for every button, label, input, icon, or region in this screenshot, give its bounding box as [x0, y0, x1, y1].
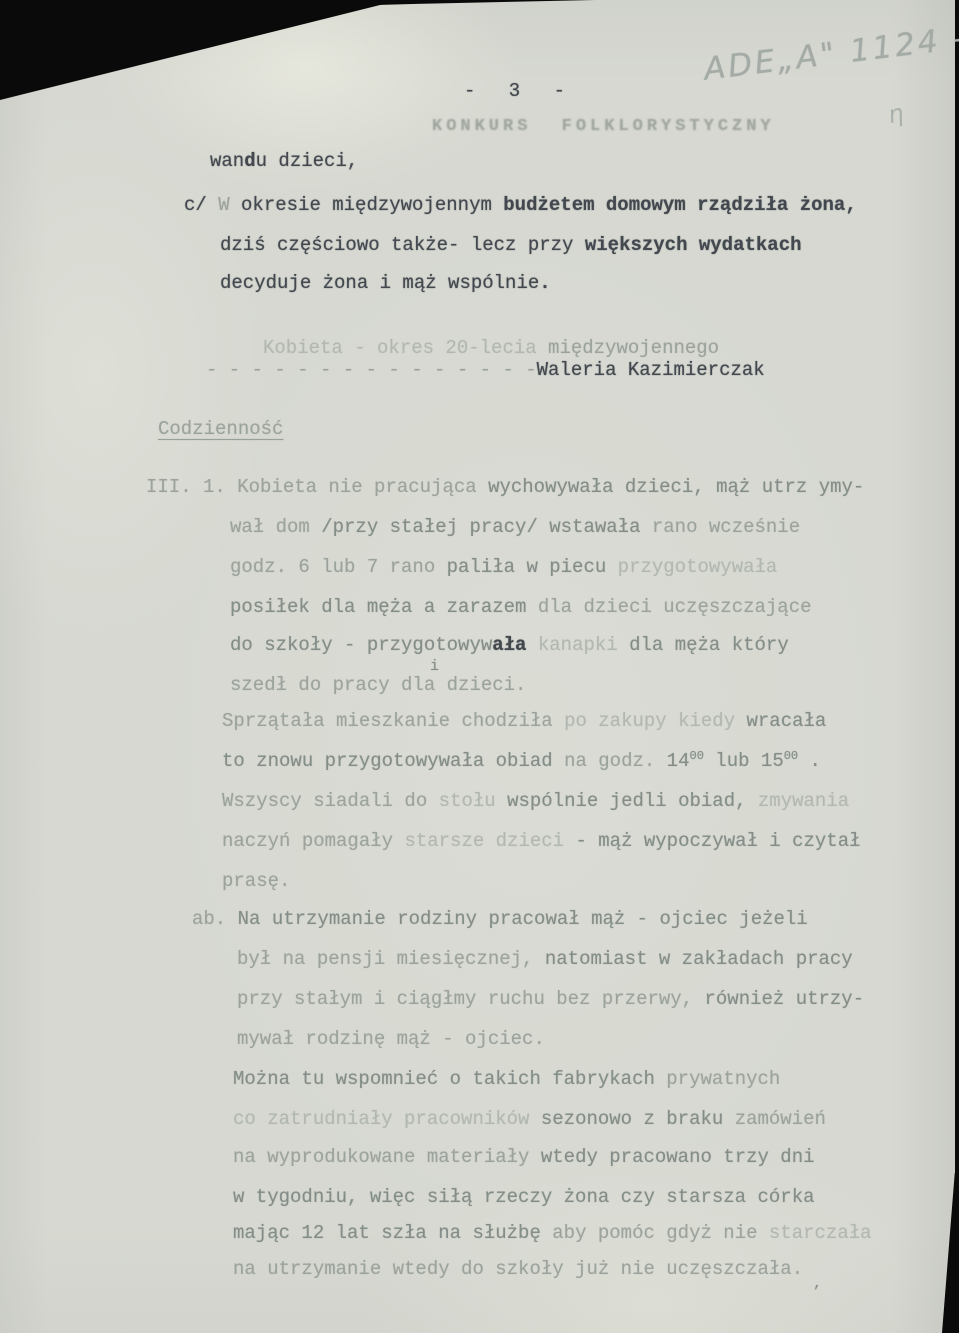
text-segment: ab.	[192, 908, 238, 930]
text-line: mając 12 lat szła na służbę aby pomóc gd…	[233, 1222, 872, 1244]
text-line: był na pensji miesięcznej, natomiast w z…	[237, 948, 853, 970]
text-segment: w tygodniu, więc siłą rzeczy żona czy st…	[233, 1186, 815, 1208]
text-segment: wan	[210, 150, 244, 172]
text-line: Codzienność	[158, 418, 283, 440]
text-segment: był na pensji miesięcznej,	[237, 948, 545, 970]
text-segment: co zatrudniały pracowników	[233, 1108, 541, 1130]
text-segment: dziś częściowo także- lecz przy	[220, 234, 585, 256]
text-segment: zmywania	[758, 790, 849, 812]
text-line: mywał rodzinę mąż - ojciec.	[237, 1028, 545, 1050]
text-line: decyduje żona i mąż wspólnie.	[220, 272, 551, 294]
text-segment: Można tu wspomnieć o takich fabrykach	[233, 1068, 666, 1090]
text-segment: wspólnie jedli obiad,	[507, 790, 758, 812]
scan-right-edge-artifact	[955, 0, 959, 1333]
text-line: szedł do pracy dla dzieci.	[230, 674, 526, 696]
text-line: ab. Na utrzymanie rodziny pracował mąż -…	[192, 908, 808, 930]
text-segment: W	[218, 194, 241, 216]
text-segment: godz. 6 lub 7 rano	[230, 556, 447, 578]
text-segment: budżetem domowym rządziła żona,	[503, 194, 856, 216]
text-segment: ała	[492, 634, 526, 656]
text-segment: sezonowo z braku	[541, 1108, 735, 1130]
document-page: - 3 - ADE„A" 1124 — η KONKURS FOLKLORYST…	[0, 0, 959, 1333]
text-segment: i	[430, 658, 439, 675]
text-segment: c/	[184, 194, 218, 216]
text-segment: starsze dzieci	[404, 830, 575, 852]
text-segment: międzywojennego	[548, 337, 719, 359]
text-segment: wychowywała dzieci, mąż utrz ymy-	[488, 476, 864, 498]
text-segment: dla męża który	[618, 634, 789, 656]
text-line: c/ W okresie międzywojennym budżetem dom…	[184, 194, 857, 216]
text-line: - - - - - - - - - - - - - - -Waleria Kaz…	[206, 359, 765, 381]
text-segment: kanapki	[526, 634, 617, 656]
text-line: do szkoły - przygotowywała kanapki dla m…	[230, 634, 789, 656]
text-segment: d	[244, 150, 255, 172]
text-segment: szedł do pracy dla dzieci.	[230, 674, 526, 696]
text-segment: prywatnych	[666, 1068, 780, 1090]
text-segment: wał dom	[230, 516, 321, 538]
text-segment: - mąż wypoczywał i czytał	[575, 830, 860, 852]
handwritten-annotation-sub-mark: η	[885, 99, 906, 130]
text-segment: Sprzątała mieszkanie chodziła	[222, 710, 564, 732]
text-line: na utrzymanie wtedy do szkoły już nie uc…	[233, 1258, 803, 1280]
text-segment: wracała	[747, 710, 827, 732]
text-segment: mając 12 lat szła na służbę	[233, 1222, 552, 1244]
text-segment: rano wcześnie	[652, 516, 800, 538]
text-segment: /przy stałej pracy/ wstawała	[321, 516, 652, 538]
text-line: wał dom /przy stałej pracy/ wstawała ran…	[230, 516, 800, 538]
text-segment: ’	[812, 1284, 821, 1301]
text-line: naczyń pomagały starsze dzieci - mąż wyp…	[222, 830, 861, 852]
text-segment: do szkoły - przygotowyw	[230, 634, 492, 656]
text-segment: prasę.	[222, 870, 290, 892]
scan-bottom-right-artifact	[942, 1173, 959, 1333]
text-segment: .	[539, 272, 550, 294]
text-line: na wyprodukowane materiały wtedy pracowa…	[233, 1146, 815, 1168]
text-segment: paliła w piecu	[447, 556, 618, 578]
text-segment: aby pomóc gdyż nie	[552, 1222, 769, 1244]
text-segment: starczała	[769, 1222, 872, 1244]
text-segment: przy stałym i ciągłmy ruchu bez przerwy,	[237, 988, 704, 1010]
text-segment: naczyń pomagały	[222, 830, 404, 852]
text-segment: to znowu przygotowywała obiad	[222, 750, 564, 772]
text-segment: po zakupy kiedy	[564, 710, 746, 732]
text-line: w tygodniu, więc siłą rzeczy żona czy st…	[233, 1186, 815, 1208]
handwritten-annotation: ADE„A" 1124 —	[702, 17, 959, 87]
text-segment: na wyprodukowane materiały	[233, 1146, 541, 1168]
text-line: godz. 6 lub 7 rano paliła w piecu przygo…	[230, 556, 777, 578]
text-segment: 00	[690, 749, 704, 763]
text-line: przy stałym i ciągłmy ruchu bez przerwy,…	[237, 988, 864, 1010]
text-segment: 14	[655, 750, 689, 772]
text-segment: przygotowywała	[618, 556, 778, 578]
page-number: - 3 -	[464, 80, 576, 102]
text-segment: lub 15	[704, 750, 784, 772]
text-segment: zamówień	[735, 1108, 826, 1130]
text-line: Kobieta - okres 20-lecia międzywojennego	[263, 337, 719, 359]
text-segment: - - - - - - - - - - - - - - -	[206, 359, 537, 381]
text-segment: stołu	[439, 790, 507, 812]
text-line: wandu dzieci,	[210, 150, 358, 172]
text-segment: na utrzymanie wtedy do szkoły już nie uc…	[233, 1258, 803, 1280]
text-line: Wszyscy siadali do stołu wspólnie jedli …	[222, 790, 849, 812]
text-line: posiłek dla męża a zarazem dla dzieci uc…	[230, 596, 812, 618]
text-line: Można tu wspomnieć o takich fabrykach pr…	[233, 1068, 780, 1090]
text-segment: również utrzy-	[704, 988, 864, 1010]
text-segment: Na utrzymanie rodziny pracował mąż - ojc…	[238, 908, 808, 930]
text-segment: u dzieci,	[256, 150, 359, 172]
text-segment: natomiast w zakładach pracy	[545, 948, 853, 970]
text-segment: posiłek dla męża a zarazem	[230, 596, 538, 618]
text-segment: wtedy pracowano trzy dni	[541, 1146, 815, 1168]
text-segment: Kobieta - okres 20-lecia	[263, 337, 548, 359]
text-segment: okresie międzywojennym	[241, 194, 503, 216]
text-line: ’	[812, 1282, 821, 1304]
text-segment: na godz.	[564, 750, 655, 772]
text-segment: mywał rodzinę mąż - ojciec.	[237, 1028, 545, 1050]
document-stamp: KONKURS FOLKLORYSTYCZNY	[432, 116, 775, 138]
text-segment: III. 1.	[146, 476, 237, 498]
text-segment: Wszyscy siadali do	[222, 790, 439, 812]
text-line: to znowu przygotowywała obiad na godz. 1…	[222, 750, 821, 774]
text-segment: Kobieta nie pracująca	[237, 476, 488, 498]
text-segment: decyduje żona i mąż wspólnie	[220, 272, 539, 294]
text-segment: Codzienność	[158, 418, 283, 440]
text-line: prasę.	[222, 870, 290, 892]
text-line: dziś częściowo także- lecz przy większyc…	[220, 234, 802, 256]
text-segment: .	[798, 750, 821, 772]
text-segment: większych wydatkach	[585, 234, 802, 256]
text-line: III. 1. Kobieta nie pracująca wychowywał…	[146, 476, 864, 498]
text-line: Sprzątała mieszkanie chodziła po zakupy …	[222, 710, 826, 732]
scan-corner-artifact	[0, 0, 400, 100]
text-line: co zatrudniały pracowników sezonowo z br…	[233, 1108, 826, 1130]
text-segment: dla dzieci uczęszczające	[538, 596, 812, 618]
text-segment: 00	[784, 749, 798, 763]
text-segment: Waleria Kazimierczak	[537, 359, 765, 381]
